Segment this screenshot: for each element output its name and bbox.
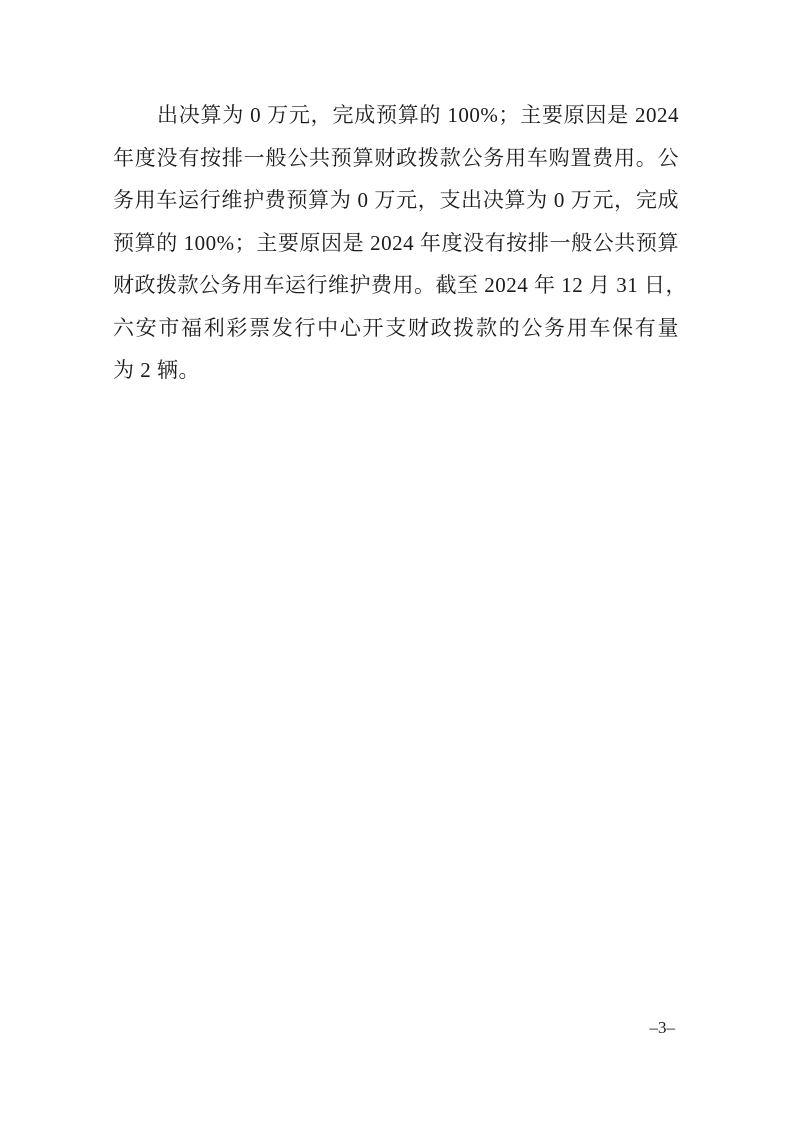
paragraph-line: 预算的 100%；主要原因是 2024 年度没有按排一般公共预算 xyxy=(113,222,679,265)
paragraph-line: 六安市福利彩票发行中心开支财政拨款的公务用车保有量 xyxy=(113,307,679,350)
paragraph-line: 为 2 辆。 xyxy=(113,349,679,392)
body-paragraph: 出决算为 0 万元，完成预算的 100%；主要原因是 2024 年度没有按排一般… xyxy=(113,94,679,392)
paragraph-line: 出决算为 0 万元，完成预算的 100%；主要原因是 2024 xyxy=(113,94,679,137)
page-number: –3– xyxy=(650,1018,676,1038)
document-page: 出决算为 0 万元，完成预算的 100%；主要原因是 2024 年度没有按排一般… xyxy=(0,0,793,1122)
paragraph-line: 务用车运行维护费预算为 0 万元，支出决算为 0 万元，完成 xyxy=(113,179,679,222)
paragraph-line: 年度没有按排一般公共预算财政拨款公务用车购置费用。公 xyxy=(113,137,679,180)
paragraph-line: 财政拨款公务用车运行维护费用。截至 2024 年 12 月 31 日， xyxy=(113,264,679,307)
